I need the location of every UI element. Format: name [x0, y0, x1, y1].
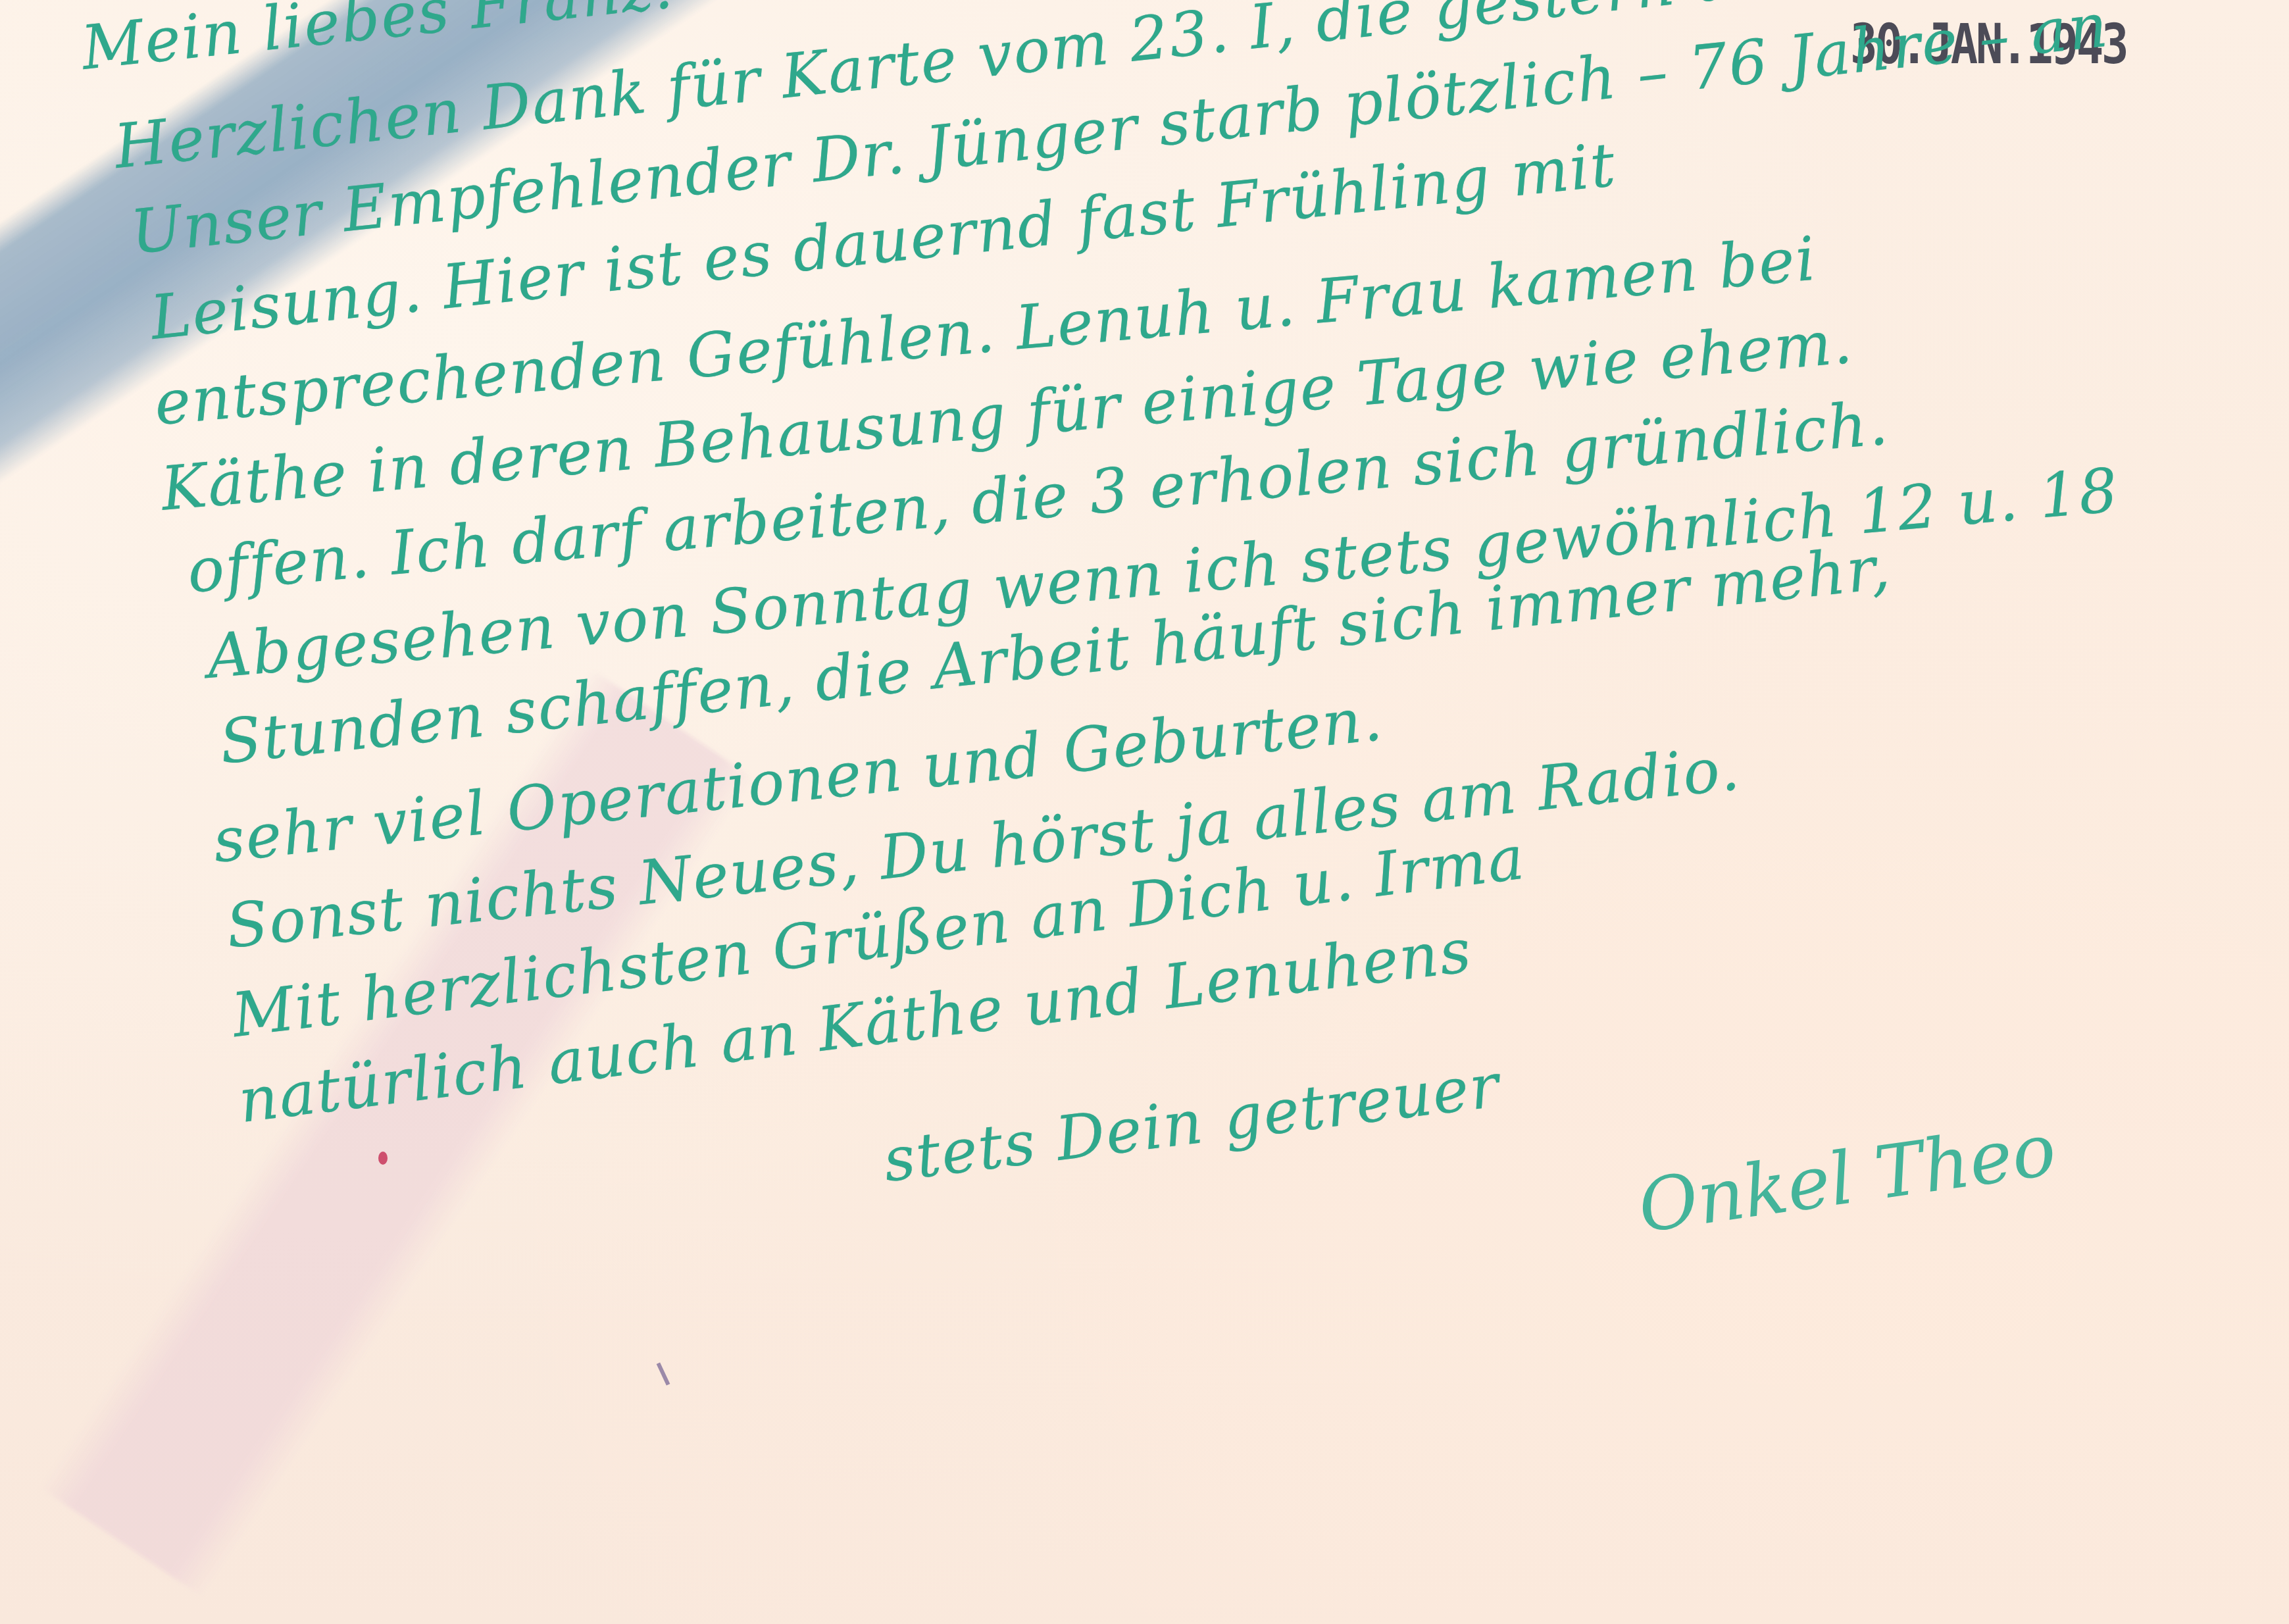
signature: Onkel Theo [1633, 1107, 2061, 1249]
handwritten-letter: Mein liebes Franz! Herzlichen Dank für K… [0, 0, 2289, 1624]
valediction: stets Dein getreuer [880, 1050, 1504, 1196]
postcard: 30.JAN.1943 Mein liebes Franz! Herzliche… [0, 0, 2289, 1624]
